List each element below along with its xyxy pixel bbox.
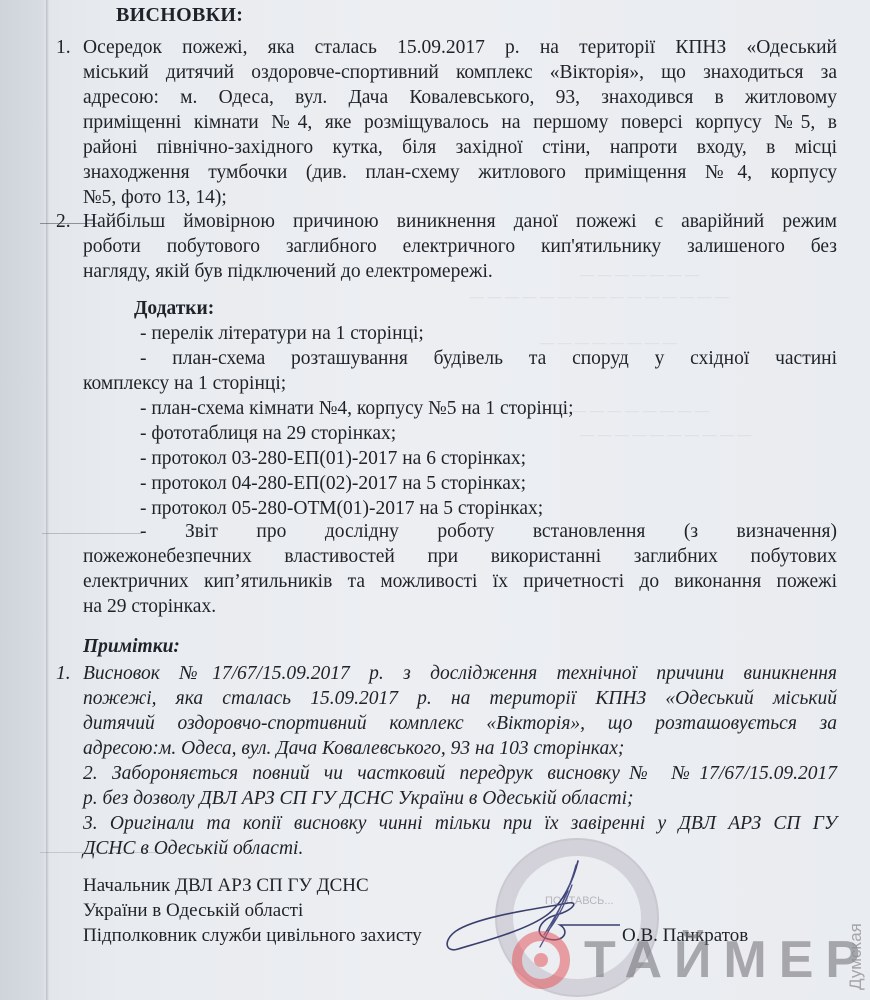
signatory-organization: України в Одеській області: [83, 899, 303, 923]
text-line: районі північно-західного кутка, біля за…: [83, 136, 837, 160]
text-line: знаходження тумбочки (див. план-схему жи…: [83, 161, 837, 185]
text-line: міський дитячий оздоровче-спортивний ком…: [83, 61, 837, 85]
note-line: 3. Оригінали та копії висновку чинні тіл…: [83, 812, 837, 836]
appendix-item: комплексу на 1 сторінці;: [83, 372, 286, 396]
appendix-item: - перелік літератури на 1 сторінці;: [140, 322, 424, 346]
list-number: 1.: [56, 36, 71, 60]
timer-logo-icon: [512, 931, 570, 989]
note-line: р. без дозволу ДВЛ АРЗ СП ГУ ДСНС Україн…: [83, 787, 633, 811]
notes-title: Примітки:: [83, 636, 180, 658]
appendix-item: - Звіт про дослідну роботу встановлення …: [140, 520, 837, 544]
bleed-through-text: — — — — — — —: [580, 268, 699, 284]
note-line: ДСНС в Одеській області.: [83, 837, 303, 861]
appendix-item: пожежонебезпечних властивостей при викор…: [83, 545, 837, 569]
note-line: Висновок №17/67/15.09.2017 р. з дослідже…: [83, 662, 837, 686]
text-line: Осередок пожежі, яка сталась 15.09.2017 …: [83, 36, 837, 60]
watermark-brand: ТАЙМЕР: [584, 930, 870, 990]
signatory-position: Начальник ДВЛ АРЗ СП ГУ ДСНС: [83, 874, 369, 898]
text-line: роботи побутового заглибного електричног…: [83, 235, 837, 259]
appendix-item: - протокол 03-280-ЕП(01)-2017 на 6 сторі…: [140, 447, 526, 471]
publisher-watermark: ТАЙМЕР: [512, 930, 870, 990]
signatory-rank: Підполковник служби цивільного захисту: [83, 924, 422, 948]
appendix-item: - план-схема кімнати №4, корпусу №5 на 1…: [140, 397, 574, 421]
document-page: — — — — — — — — — — — — — — — — — — — — …: [0, 0, 870, 1000]
appendix-item: на 29 сторінках.: [83, 595, 216, 619]
source-label: Думская: [846, 923, 866, 990]
appendix-item: - план-схема розташування будівель та сп…: [140, 347, 837, 371]
margin-mark: [40, 852, 170, 853]
text-line: приміщенні кімнати №4, яке розміщувалось…: [83, 111, 837, 135]
bleed-through-text: — — — — — — — — — — — — — — —: [470, 290, 729, 306]
text-line: №5, фото 13, 14);: [83, 186, 227, 210]
note-line: дитячий оздоровчо-спортивний комплекс «В…: [83, 712, 837, 736]
page-title: ВИСНОВКИ:: [116, 4, 243, 27]
appendices-title: Додатки:: [134, 298, 214, 320]
text-line: Найбільш ймовірною причиною виникнення д…: [83, 210, 837, 234]
appendix-item: - протокол 04-280-ЕП(02)-2017 на 5 сторі…: [140, 472, 526, 496]
bleed-through-text: — — — — — — — — — —: [580, 428, 752, 444]
text-line: нагляду, якій був підключений до електро…: [83, 260, 493, 284]
note-line: адресою:м. Одеса, вул. Дача Ковалевськог…: [83, 737, 624, 761]
list-number: 1.: [56, 662, 71, 686]
text-line: адресою: м. Одеса, вул. Дача Ковалевсько…: [83, 86, 837, 110]
note-line: 2. Забороняється повний чи частковий пер…: [83, 762, 837, 786]
margin-mark: [42, 533, 142, 534]
appendix-item: - фототаблиця на 29 сторінках;: [140, 422, 396, 446]
appendix-item: - протокол 05-280-ОТМ(01)-2017 на 5 стор…: [140, 497, 543, 521]
appendix-item: електричних кип’ятильників та можливості…: [83, 570, 837, 594]
note-line: пожежі, яка сталась 15.09.2017 р. на тер…: [83, 687, 837, 711]
list-number: 2.: [56, 210, 71, 234]
